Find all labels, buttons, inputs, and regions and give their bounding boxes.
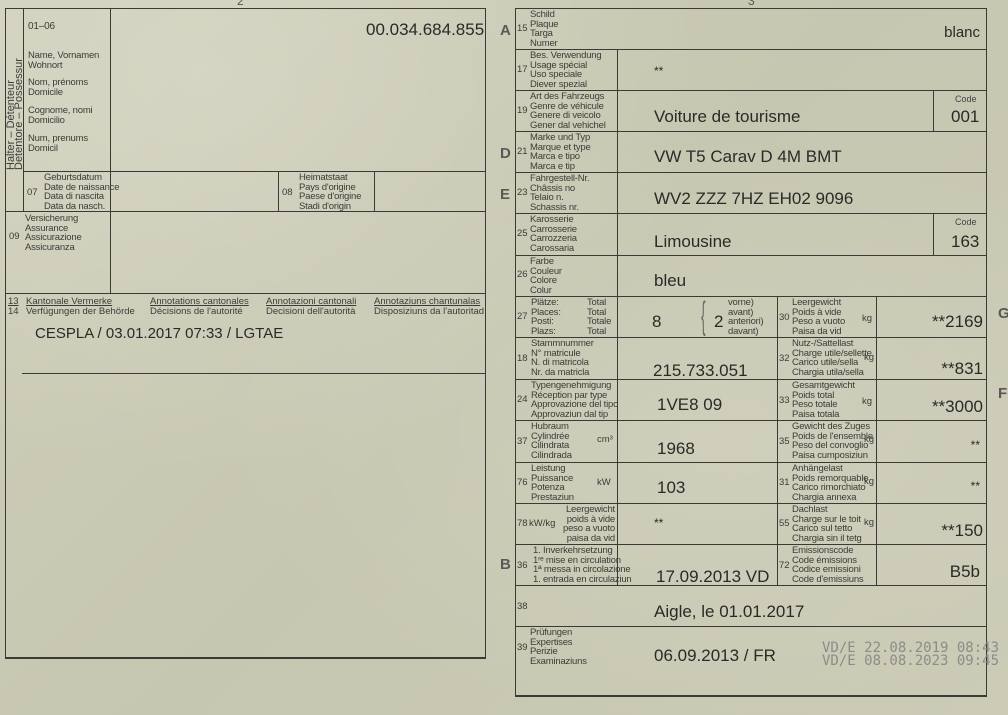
- side-letter-e: E: [500, 186, 510, 203]
- make-model-value: VW T5 Carav D 4M BMT: [654, 147, 842, 167]
- holder-name-field: [112, 10, 484, 170]
- emission-code-label: Emissionscode Code émissions Codice emis…: [792, 546, 863, 584]
- roof-load-value: **150: [941, 521, 983, 541]
- special-use-value: **: [654, 64, 663, 78]
- power-unit: kW: [597, 477, 611, 488]
- total-weight-number: 33: [779, 395, 790, 406]
- annotations-header-rm: Annotaziuns chantunalas Disposiziuns da …: [374, 297, 484, 317]
- color-value: bleu: [654, 271, 686, 291]
- make-model-number: 21: [517, 146, 528, 157]
- origin-label: Heimatstaat Pays d'origine Paese d'origi…: [299, 173, 361, 211]
- trailer-load-label: Anhängelast Poids remorquable Carico rim…: [792, 464, 868, 502]
- type-approval-label: Typengenehmigung Réception par type Appr…: [531, 381, 618, 419]
- roof-load-number: 55: [779, 518, 790, 529]
- seats-total-value: 8: [652, 312, 661, 332]
- insurance-number: 09: [9, 231, 20, 242]
- empty-weight-label: Leergewicht Poids à vide Peso a vuoto Pa…: [792, 298, 845, 336]
- side-letter-g: G: [998, 305, 1008, 322]
- vehicle-type-number: 19: [517, 105, 528, 116]
- issued-value: Aigle, le 01.01.2017: [654, 602, 804, 622]
- annotation-entry: CESPLA / 03.01.2017 07:33 / LGTAE: [35, 325, 283, 342]
- vehicle-type-code: 001: [951, 107, 979, 127]
- annotations-header-de: Kantonale Vermerke Verfügungen der Behör…: [26, 297, 135, 317]
- payload-label: Nutz-/Sattellast Charge utile/sellette C…: [792, 339, 872, 377]
- seats-total-label: Total Total Totale Total: [587, 298, 611, 336]
- page-number-left: 2: [237, 0, 244, 8]
- origin-number: 08: [282, 187, 293, 198]
- total-weight-value: **3000: [932, 397, 983, 417]
- power-weight-value: **: [654, 516, 663, 530]
- side-letter-f: F: [998, 385, 1007, 402]
- inspections-label: Prüfungen Expertises Perizie Examinaziun…: [530, 628, 587, 666]
- total-weight-label: Gesamtgewicht Poids total Peso totale Pa…: [792, 381, 855, 419]
- first-registration-value: 17.09.2013 VD: [656, 567, 769, 587]
- inspections-number: 39: [517, 642, 528, 653]
- make-model-label: Marke und Typ Marque et type Marca e tip…: [530, 133, 591, 171]
- holder-label-it: Cognome, nomi Domicilio: [28, 106, 92, 125]
- issued-number: 38: [517, 601, 528, 612]
- plate-value: blanc: [944, 24, 980, 41]
- train-weight-number: 35: [779, 436, 790, 447]
- trailer-load-unit: kg: [864, 476, 874, 487]
- trailer-load-value: **: [971, 479, 980, 493]
- color-number: 26: [517, 269, 528, 280]
- registry-number-label: Stammnummer N° matricule N. di matricola…: [531, 339, 594, 377]
- empty-weight-value: **2169: [932, 312, 983, 332]
- special-use-number: 17: [517, 64, 528, 75]
- power-value: 103: [657, 478, 685, 498]
- color-label: Farbe Couleur Colore Colur: [530, 257, 562, 295]
- page-number-right: 3: [748, 0, 755, 8]
- annotations-header-it: Annotazioni cantonali Decisioni dell'aut…: [266, 297, 356, 317]
- vehicle-type-value: Voiture de tourisme: [654, 107, 800, 127]
- holder-field-range: 01–06: [28, 22, 55, 32]
- body-value: Limousine: [654, 232, 732, 252]
- empty-weight-number: 30: [779, 312, 790, 323]
- power-number: 76: [517, 477, 528, 488]
- trailer-load-number: 31: [779, 477, 790, 488]
- annotations-header-fr: Annotations cantonales Décisions de l'au…: [150, 297, 249, 317]
- vehicle-type-label: Art des Fahrzeugs Genre de véhicule Gene…: [530, 92, 606, 130]
- power-weight-prefix: kW/kg: [529, 518, 555, 529]
- annotations-numbers: 13 14: [8, 297, 19, 317]
- seats-brace: {: [701, 297, 705, 335]
- displacement-number: 37: [517, 436, 528, 447]
- payload-value: **831: [941, 359, 983, 379]
- holder-label-fr: Nom, prénoms Domicile: [28, 78, 88, 97]
- seats-front-value: 2: [714, 312, 723, 332]
- inspections-value: 06.09.2013 / FR: [654, 646, 776, 666]
- displacement-unit: cm³: [597, 434, 613, 445]
- empty-weight-unit: kg: [862, 313, 872, 324]
- first-registration-label: 1. Inverkehrsetzung 1ʳᵉ mise en circulat…: [533, 546, 632, 584]
- birth-date-label: Geburtsdatum Date de naissance Data di n…: [44, 173, 119, 211]
- insurance-label: Versicherung Assurance Assicurazione Ass…: [25, 214, 82, 252]
- plate-label: Schild Plaque Targa Numer: [530, 10, 558, 48]
- side-letter-b: B: [500, 556, 511, 573]
- seats-number: 27: [517, 311, 528, 322]
- power-weight-label: Leergewicht poids à vide peso a vuoto pa…: [560, 505, 615, 543]
- body-code: 163: [951, 232, 979, 252]
- seats-label: Plätze: Places: Posti: Plazs:: [531, 298, 561, 336]
- roof-load-unit: kg: [864, 517, 874, 528]
- power-label: Leistung Puissance Potenza Prestaziun: [531, 464, 574, 502]
- emission-code-number: 72: [779, 560, 790, 571]
- power-weight-number: 78: [517, 518, 528, 529]
- total-weight-unit: kg: [862, 396, 872, 407]
- body-number: 25: [517, 228, 528, 239]
- special-use-label: Bes. Verwendung Usage spécial Uso specia…: [530, 51, 601, 89]
- type-approval-number: 24: [517, 394, 528, 405]
- body-label: Karosserie Carrosserie Carrozzeria Caros…: [530, 215, 577, 253]
- chassis-number: 23: [517, 187, 528, 198]
- birth-date-number: 07: [27, 187, 38, 198]
- holder-label-rm: Num, prenums Domicil: [28, 134, 88, 153]
- seats-front-label: vorne) avant) anteriori) davant): [728, 298, 764, 336]
- chassis-label: Fahrgestell-Nr. Châssis no Telaio n. Sch…: [530, 174, 589, 212]
- train-weight-unit: kg: [864, 434, 874, 445]
- payload-number: 32: [779, 353, 790, 364]
- side-letter-d: D: [500, 145, 511, 162]
- train-weight-value: **: [971, 438, 980, 452]
- type-approval-value: 1VE8 09: [657, 395, 722, 415]
- chassis-value: WV2 ZZZ 7HZ EH02 9096: [654, 189, 853, 209]
- displacement-label: Hubraum Cylindrée Cilindrata Cilindrada: [531, 422, 572, 460]
- payload-unit: kg: [864, 352, 874, 363]
- registry-number-label-num: 18: [517, 353, 528, 364]
- plate-number: 15: [517, 23, 528, 34]
- side-letter-a: A: [500, 22, 511, 39]
- holder-label-de: Name, Vornamen Wohnort: [28, 51, 99, 70]
- body-code-label: Code: [955, 217, 977, 227]
- displacement-value: 1968: [657, 439, 695, 459]
- registry-number-value: 215.733.051: [653, 361, 748, 381]
- holder-vertical-label-2: Detentore – Possessur: [14, 58, 25, 170]
- first-registration-number: 36: [517, 560, 528, 571]
- vehicle-type-code-label: Code: [955, 94, 977, 104]
- roof-load-label: Dachlast Charge sur le toit Carico sul t…: [792, 505, 862, 543]
- train-weight-label: Gewicht des Zuges Poids de l'ensemble Pe…: [792, 422, 873, 460]
- emission-code-value: B5b: [950, 562, 980, 582]
- inspection-stamps: VD/E 22.08.2019 08:43 VD/E 08.08.2023 09…: [822, 642, 999, 668]
